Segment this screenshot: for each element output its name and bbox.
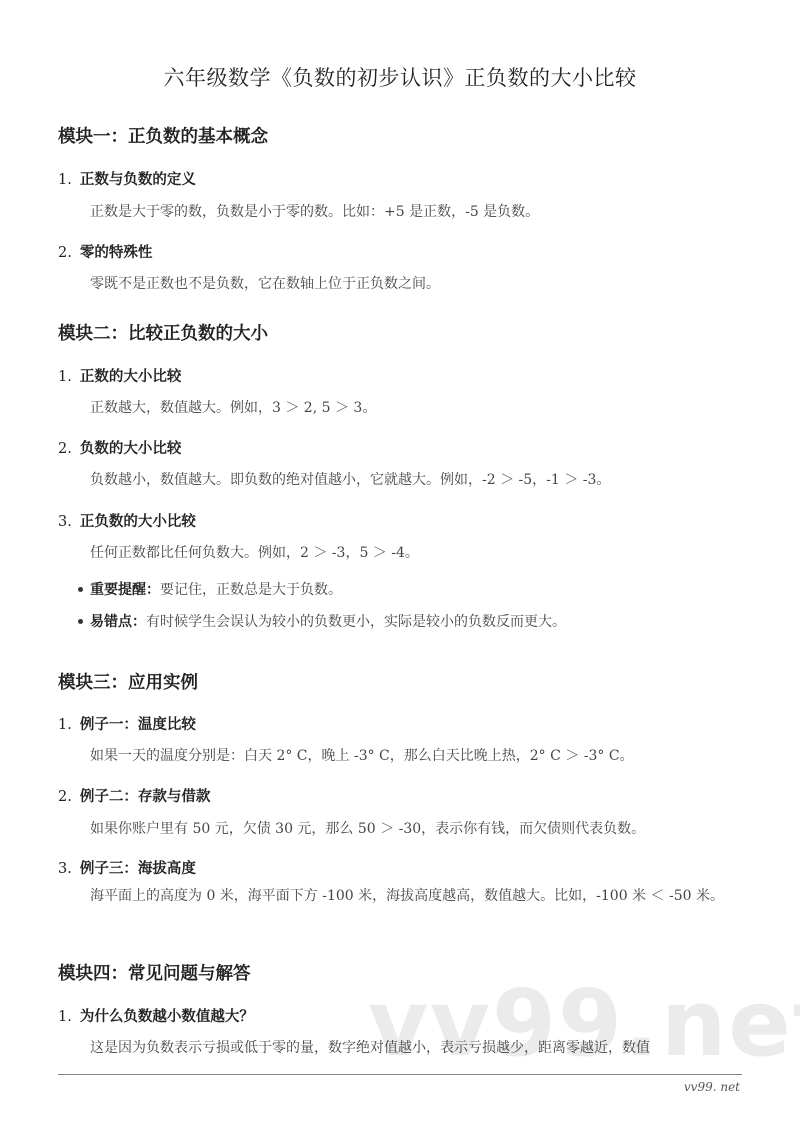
module-1-item-2-heading: 2.零的特殊性 (58, 241, 152, 262)
bullet-dot-icon (78, 619, 83, 624)
module-4-heading: 模块四：常见问题与解答 (58, 960, 251, 985)
module-2-item-3-heading: 3.正负数的大小比较 (58, 510, 196, 531)
module-3-item-1-heading: 1.例子一：温度比较 (58, 713, 196, 734)
module-2-heading: 模块二：比较正负数的大小 (58, 320, 268, 345)
module-2-item-2-heading: 2.负数的大小比较 (58, 437, 181, 458)
module-2-item-1-heading: 1.正数的大小比较 (58, 365, 181, 386)
document-page: vv99.net 六年级数学《负数的初步认识》正负数的大小比较 模块一：正负数的… (0, 0, 800, 1130)
module-2-item-3-text: 任何正数都比任何负数大。例如，2 ＞ -3，5 ＞ -4。 (90, 542, 419, 562)
module-4-item-1-text: 这是因为负数表示亏损或低于零的量，数字绝对值越小，表示亏损越少，距离零越近，数值 (90, 1037, 650, 1057)
module-1-item-1-text: 正数是大于零的数，负数是小于零的数。比如：+5 是正数，-5 是负数。 (90, 201, 539, 221)
module-4-item-1-heading: 1.为什么负数越小数值越大？ (58, 1005, 254, 1026)
bullet-important-reminder: 重要提醒：要记住，正数总是大于负数。 (78, 579, 342, 599)
module-3-item-3-text: 海平面上的高度为 0 米，海平面下方 -100 米，海拔高度越高，数值越大。比如… (58, 884, 748, 909)
module-3-item-1-text: 如果一天的温度分别是：白天 2° C，晚上 -3° C，那么白天比晚上热，2° … (90, 745, 634, 765)
footer-site-label: vv99. net (684, 1080, 740, 1094)
module-2-item-2-text: 负数越小，数值越大。即负数的绝对值越小，它就越大。例如，-2 ＞ -5，-1 ＞… (90, 469, 610, 489)
bullet-dot-icon (78, 587, 83, 592)
module-2-item-1-text: 正数越大，数值越大。例如，3 ＞ 2, 5 ＞ 3。 (90, 397, 376, 417)
bullet-common-mistake: 易错点：有时候学生会误认为较小的负数更小，实际是较小的负数反而更大。 (78, 611, 566, 631)
module-1-item-1-heading: 1.正数与负数的定义 (58, 168, 196, 189)
module-3-item-2-heading: 2.例子二：存款与借款 (58, 785, 210, 806)
module-3-item-3-heading: 3.例子三：海拔高度 (58, 857, 196, 878)
module-1-heading: 模块一：正负数的基本概念 (58, 123, 268, 148)
footer-divider (58, 1074, 742, 1075)
module-3-item-2-text: 如果你账户里有 50 元，欠债 30 元，那么 50 ＞ -30，表示你有钱，而… (90, 818, 645, 838)
module-1-item-2-text: 零既不是正数也不是负数，它在数轴上位于正负数之间。 (90, 273, 440, 293)
page-title: 六年级数学《负数的初步认识》正负数的大小比较 (0, 62, 800, 92)
module-3-heading: 模块三：应用实例 (58, 669, 198, 694)
